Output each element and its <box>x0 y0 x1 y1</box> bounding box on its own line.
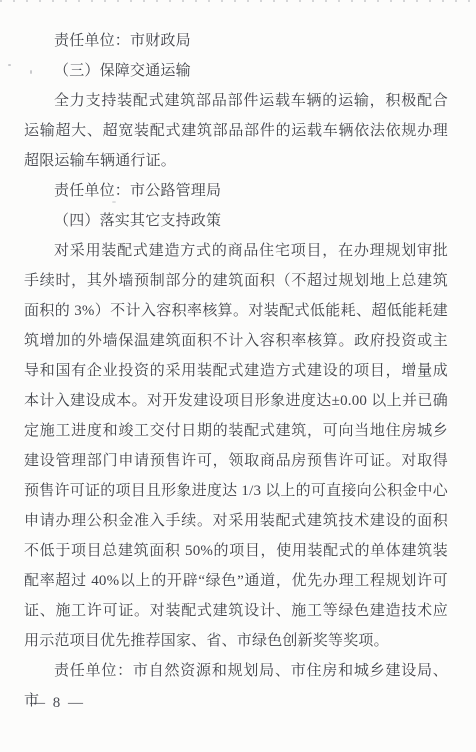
duty-unit-line-resources: 责任单位：市自然资源和规划局、市住房和城乡建设局、市 <box>24 656 448 716</box>
page-footer: — 8 — <box>30 692 85 714</box>
document-page: 责任单位：市财政局 （三）保障交通运输 全力支持装配式建筑部品部件运载车辆的运输… <box>0 0 476 752</box>
document-content: 责任单位：市财政局 （三）保障交通运输 全力支持装配式建筑部品部件运载车辆的运输… <box>24 26 448 716</box>
section-heading-3: （三）保障交通运输 <box>24 56 448 86</box>
scan-speck <box>8 64 11 66</box>
paragraph-other-support-policies: 对采用装配式建造方式的商品住宅项目，在办理规划审批手续时，其外墙预制部分的建筑面… <box>24 236 448 656</box>
page-number: — 8 — <box>30 695 85 711</box>
duty-unit-line-finance: 责任单位：市财政局 <box>24 26 448 56</box>
scan-artifact-top-edge <box>0 0 476 2</box>
duty-unit-line-highway: 责任单位：市公路管理局 <box>24 176 448 206</box>
section-heading-4: （四）落实其它支持政策 <box>24 206 448 236</box>
paragraph-transport-support: 全力支持装配式建筑部品部件运载车辆的运输，积极配合运输超大、超宽装配式建筑部品部… <box>24 86 448 176</box>
